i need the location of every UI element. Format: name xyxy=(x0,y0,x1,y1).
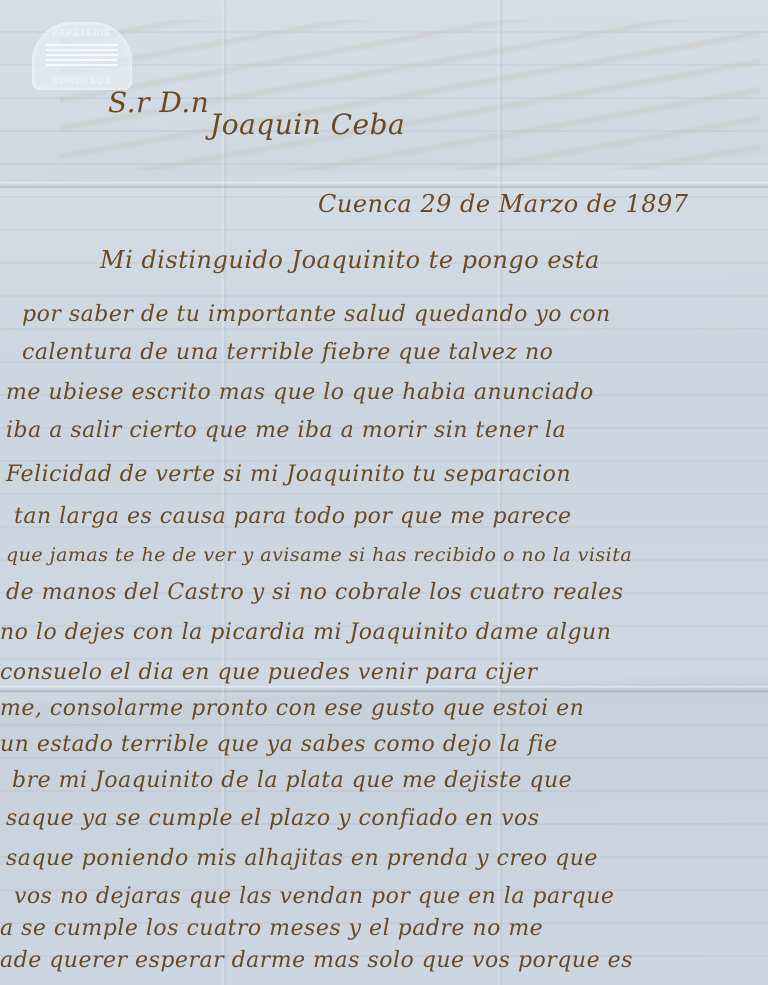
letter-line: iba a salir cierto que me iba a morir si… xyxy=(6,418,566,443)
fold-crease-bottom xyxy=(0,686,768,692)
letter-line: no lo dejes con la picardia mi Joaquinit… xyxy=(0,620,611,645)
letter-line: tan larga es causa para todo por que me … xyxy=(14,504,572,529)
stamp-top-text: PAPETERIE xyxy=(32,28,132,38)
letter-line: por saber de tu importante salud quedand… xyxy=(22,302,611,327)
letter-line: saque ya se cumple el plazo y confiado e… xyxy=(6,806,540,831)
letter-line: calentura de una terrible fiebre que tal… xyxy=(22,340,553,365)
letter-line: vos no dejaras que las vendan por que en… xyxy=(14,884,614,909)
letter-line: bre mi Joaquinito de la plata que me dej… xyxy=(12,768,572,793)
fold-crease-right xyxy=(498,0,502,985)
stamp-building-icon xyxy=(46,44,118,66)
place-date: Cuenca 29 de Marzo de 1897 xyxy=(318,190,689,218)
letter-line: ade querer esperar darme mas solo que vo… xyxy=(0,948,633,973)
stamp-bottom-text: BORDEAUX xyxy=(32,76,132,86)
letter-line: Mi distinguido Joaquinito te pongo esta xyxy=(100,246,600,274)
fold-crease-left xyxy=(222,0,226,985)
letter-line: me, consolarme pronto con ese gusto que … xyxy=(0,696,584,721)
addressee-name: Joaquin Ceba xyxy=(210,108,405,141)
fold-crease-top xyxy=(0,182,768,188)
embossed-letterhead-stamp: PAPETERIE BORDEAUX xyxy=(32,22,132,90)
letter-line: de manos del Castro y si no cobrale los … xyxy=(6,580,623,605)
addressee-title: S.r D.n xyxy=(108,86,209,119)
letter-line: saque poniendo mis alhajitas en prenda y… xyxy=(6,846,598,871)
letter-line: un estado terrible que ya sabes como dej… xyxy=(0,732,558,757)
letter-line: que jamas te he de ver y avisame si has … xyxy=(6,544,632,566)
letter-line: Felicidad de verte si mi Joaquinito tu s… xyxy=(6,462,571,487)
letter-line: consuelo el dia en que puedes venir para… xyxy=(0,660,538,685)
letter-page: PAPETERIE BORDEAUX S.r D.n Joaquin Ceba … xyxy=(0,0,768,985)
letter-line: me ubiese escrito mas que lo que habia a… xyxy=(6,380,594,405)
letter-line: a se cumple los cuatro meses y el padre … xyxy=(0,916,543,941)
